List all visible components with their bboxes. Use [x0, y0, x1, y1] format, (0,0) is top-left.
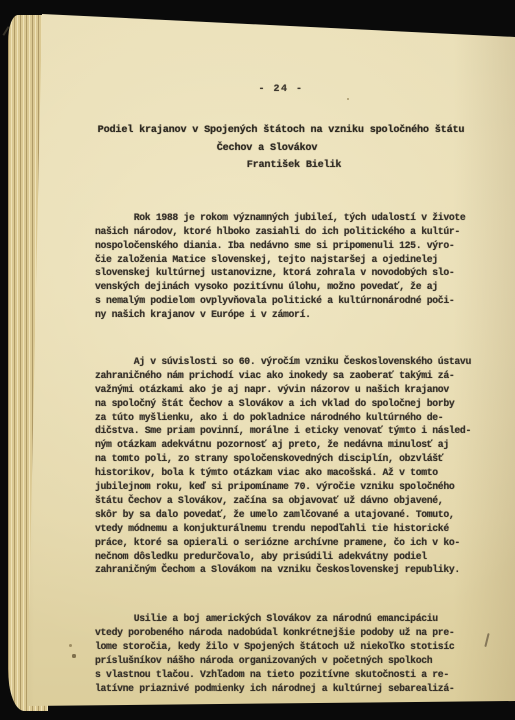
document-page: - 24 - Podiel krajanov v Spojených štáto…	[0, 0, 515, 720]
article-title: Podiel krajanov v Spojených štátoch na v…	[95, 122, 467, 157]
author-name: František Bielik	[108, 160, 480, 171]
paper-speck	[347, 98, 349, 100]
paper-speck	[72, 654, 76, 658]
body-text: Rok 1988 je rokom významných jubileí, tý…	[95, 183, 477, 720]
scanned-book-photo: { "document": { "page_number": "- 24 -",…	[0, 0, 515, 720]
scan-hair-mark	[484, 633, 489, 647]
paper-speck	[69, 644, 72, 647]
title-line-2: Čechov a Slovákov	[81, 140, 453, 158]
paragraph-1: Rok 1988 je rokom významných jubileí, tý…	[95, 211, 477, 322]
title-line-1: Podiel krajanov v Spojených štátoch na v…	[98, 125, 465, 136]
paragraph-2: Aj v súvislosti so 60. výročím vzniku Če…	[95, 355, 477, 578]
paragraph-3: Usilie a boj amerických Slovákov za náro…	[95, 612, 477, 695]
page-number: - 24 -	[95, 84, 467, 95]
